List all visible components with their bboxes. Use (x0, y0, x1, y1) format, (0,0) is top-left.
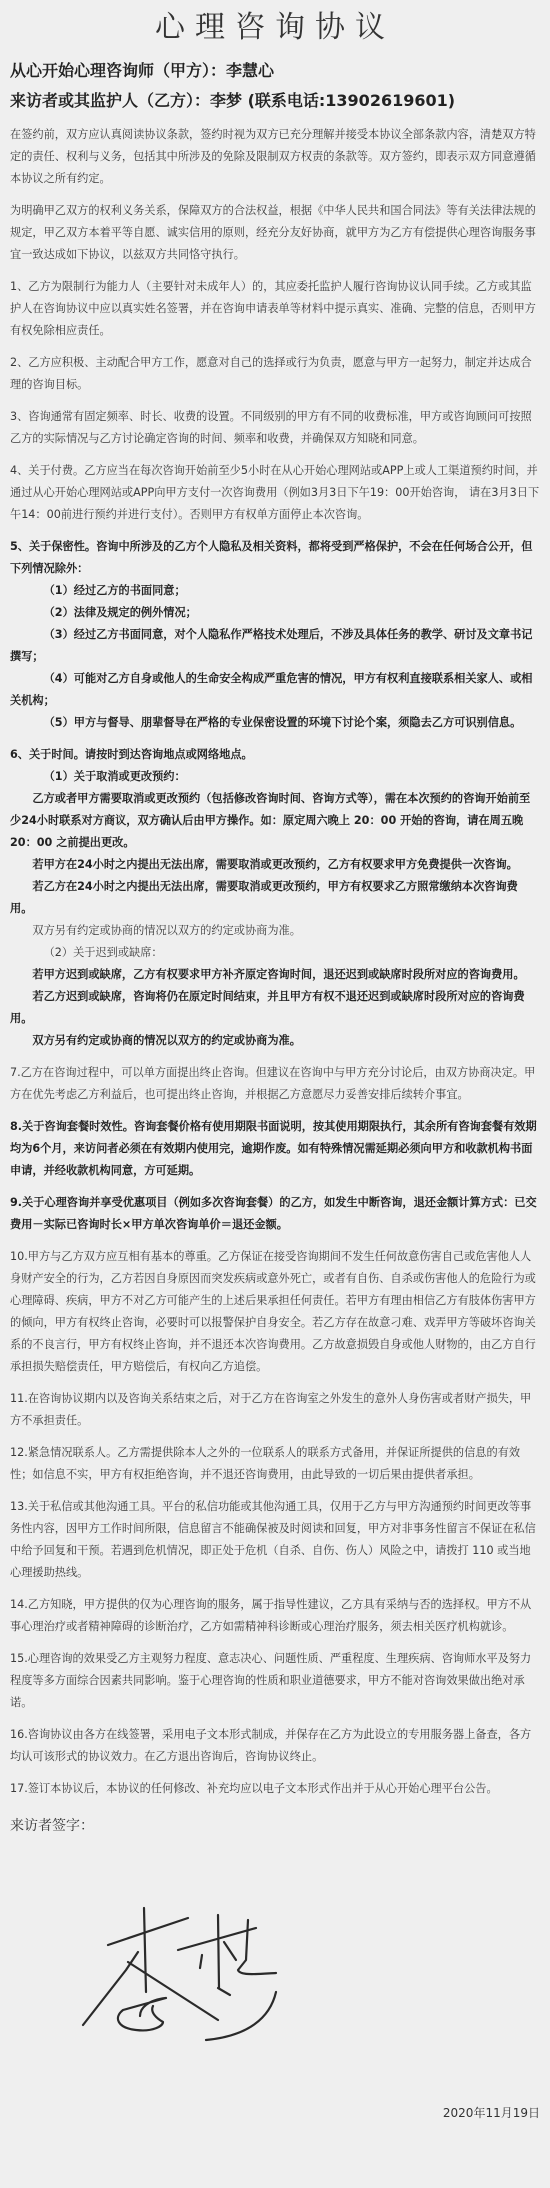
clause-14: 14.乙方知晓，甲方提供的仅为心理咨询的服务，属于指导性建议，乙方具有采纳与否的… (10, 1594, 540, 1638)
clause-5: 5、关于保密性。咨询中所涉及的乙方个人隐私及相关资料，都将受到严格保护，不会在任… (10, 536, 540, 734)
clause-12: 12.紧急情况联系人。乙方需提供除本人之外的一位联系人的联系方式备用，并保证所提… (10, 1442, 540, 1486)
clause-5-item: （3）经过乙方书面同意，对个人隐私作严格技术处理后，不涉及具体任务的教学、研讨及… (10, 624, 540, 668)
clause-6-sub2-p2: 若乙方迟到或缺席，咨询将仍在原定时间结束，并且甲方有权不退还迟到或缺席时段所对应… (10, 986, 540, 1030)
clause-4: 4、关于付费。乙方应当在每次咨询开始前至少5小时在从心开始心理网站或APP上或人… (10, 460, 540, 526)
clause-9: 9.关于心理咨询并享受优惠项目（例如多次咨询套餐）的乙方，如发生中断咨询，退还金… (10, 1192, 540, 1236)
signing-date: 2020年11月19日 (443, 2104, 540, 2121)
clause-16: 16.咨询协议由各方在线签署，采用电子文本形式制成，并保存在乙方为此设立的专用服… (10, 1724, 540, 1768)
clause-6-heading: 6、关于时间。请按时到达咨询地点或网络地点。 (10, 744, 540, 766)
clause-11: 11.在咨询协议期内以及咨询关系结束之后，对于乙方在咨询室之外发生的意外人身伤害… (10, 1388, 540, 1432)
clause-6-sub1-p1: 乙方或者甲方需要取消或更改预约（包括修改咨询时间、咨询方式等），需在本次预约的咨… (10, 788, 540, 854)
clause-5-item: （1）经过乙方的书面同意； (10, 580, 540, 602)
intro-paragraph: 在签约前，双方应认真阅读协议条款，签约时视为双方已充分理解并接受本协议全部条款内… (10, 124, 540, 190)
clause-17: 17.签订本协议后，本协议的任何修改、补充均应以电子文本形式作出并于从心开始心理… (10, 1778, 540, 1800)
clause-6-sub2-p3: 双方另有约定或协商的情况以双方的约定或协商为准。 (10, 1030, 540, 1052)
clause-1: 1、乙方为限制行为能力人（主要针对未成年人）的，其应委托监护人履行咨询协议认同手… (10, 276, 540, 342)
clause-6: 6、关于时间。请按时到达咨询地点或网络地点。 （1）关于取消或更改预约： 乙方或… (10, 744, 540, 1052)
clause-10: 10.甲方与乙方双方应互相有基本的尊重。乙方保证在接受咨询期间不发生任何故意伤害… (10, 1246, 540, 1378)
clause-8: 8.关于咨询套餐时效性。咨询套餐价格有使用期限书面说明，按其使用期限执行，其余所… (10, 1116, 540, 1182)
agreement-document: 心理咨询协议 从心开始心理咨询师（甲方）：李慧心 来访者或其监护人（乙方）：李梦… (0, 0, 550, 1836)
clause-5-heading: 5、关于保密性。咨询中所涉及的乙方个人隐私及相关资料，都将受到严格保护，不会在任… (10, 536, 540, 580)
clause-5-item: （2）法律及规定的例外情况； (10, 602, 540, 624)
clause-6-sub1-title: （1）关于取消或更改预约： (10, 766, 540, 788)
clause-2: 2、乙方应积极、主动配合甲方工作，愿意对自己的选择或行为负责，愿意与甲方一起努力… (10, 352, 540, 396)
clause-6-sub1-p4: 双方另有约定或协商的情况以双方的约定或协商为准。 (10, 920, 540, 942)
clause-15: 15.心理咨询的效果受乙方主观努力程度、意志决心、问题性质、严重程度、生理疾病、… (10, 1648, 540, 1714)
clause-6-sub2-title: （2）关于迟到或缺席： (10, 942, 540, 964)
party-a: 从心开始心理咨询师（甲方）：李慧心 (10, 56, 540, 86)
clause-3: 3、咨询通常有固定频率、时长、收费的设置。不同级别的甲方有不同的收费标准，甲方或… (10, 406, 540, 450)
clause-6-sub2-p1: 若甲方迟到或缺席，乙方有权要求甲方补齐原定咨询时间，退还迟到或缺席时段所对应的咨… (10, 964, 540, 986)
clause-13: 13.关于私信或其他沟通工具。平台的私信功能或其他沟通工具，仅用于乙方与甲方沟通… (10, 1496, 540, 1584)
party-b: 来访者或其监护人（乙方）：李梦 (联系电话:13902619601) (10, 86, 540, 116)
clause-7: 7.乙方在咨询过程中，可以单方面提出终止咨询。但建议在咨询中与甲方充分讨论后，由… (10, 1062, 540, 1106)
document-title: 心理咨询协议 (10, 0, 540, 50)
clause-6-sub1-p2: 若甲方在24小时之内提出无法出席，需要取消或更改预约，乙方有权要求甲方免费提供一… (10, 854, 540, 876)
clause-5-item: （4）可能对乙方自身或他人的生命安全构成严重危害的情况，甲方有权利直接联系相关家… (10, 668, 540, 712)
handwritten-signature (78, 1900, 308, 2050)
preamble-paragraph: 为明确甲乙双方的权利义务关系，保障双方的合法权益，根据《中华人民共和国合同法》等… (10, 200, 540, 266)
clause-6-sub1-p3: 若乙方在24小时之内提出无法出席，需要取消或更改预约，甲方有权要求乙方照常缴纳本… (10, 876, 540, 920)
signature-label: 来访者签字： (10, 1816, 540, 1836)
clause-5-item: （5）甲方与督导、朋辈督导在严格的专业保密设置的环境下讨论个案，须隐去乙方可识别… (10, 712, 540, 734)
